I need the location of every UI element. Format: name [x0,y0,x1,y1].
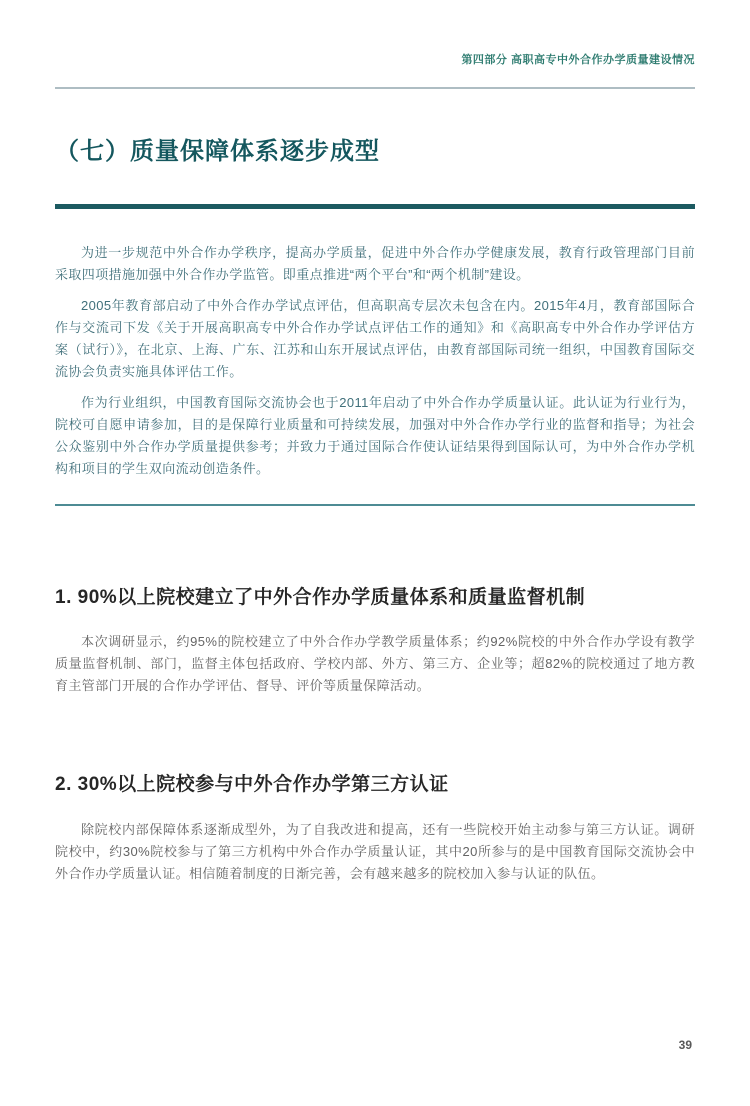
intro-paragraph-3: 作为行业组织，中国教育国际交流协会也于2011年启动了中外合作办学质量认证。此认… [55,392,695,480]
title-accent-bar [55,204,695,209]
page-title: （七）质量保障体系逐步成型 [55,138,695,167]
running-head-section-label: 第四部分 高职高专中外合作办学质量建设情况 [461,54,695,66]
section-1-body: 本次调研显示，约95%的院校建立了中外合作办学教学质量体系；约92%院校的中外合… [55,631,695,697]
section-2-heading: 2. 30%以上院校参与中外合作办学第三方认证 [55,773,695,798]
page-footer: 39 [679,1036,692,1054]
page-header: 第四部分 高职高专中外合作办学质量建设情况 [55,0,695,68]
section-2-body: 除院校内部保障体系逐渐成型外，为了自我改进和提高，还有一些院校开始主动参与第三方… [55,819,695,885]
header-divider-line [55,87,695,89]
document-page: 第四部分 高职高专中外合作办学质量建设情况 （七）质量保障体系逐步成型 为进一步… [0,0,750,1106]
page-number: 39 [679,1038,692,1052]
intro-paragraph-1: 为进一步规范中外合作办学秩序，提高办学质量，促进中外合作办学健康发展，教育行政管… [55,242,695,286]
section-divider-line [55,504,695,506]
section-1-heading: 1. 90%以上院校建立了中外合作办学质量体系和质量监督机制 [55,586,695,611]
intro-paragraph-2: 2005年教育部启动了中外合作办学试点评估，但高职高专层次未包含在内。2015年… [55,295,695,383]
intro-text-block: 为进一步规范中外合作办学秩序，提高办学质量，促进中外合作办学健康发展，教育行政管… [55,242,695,480]
